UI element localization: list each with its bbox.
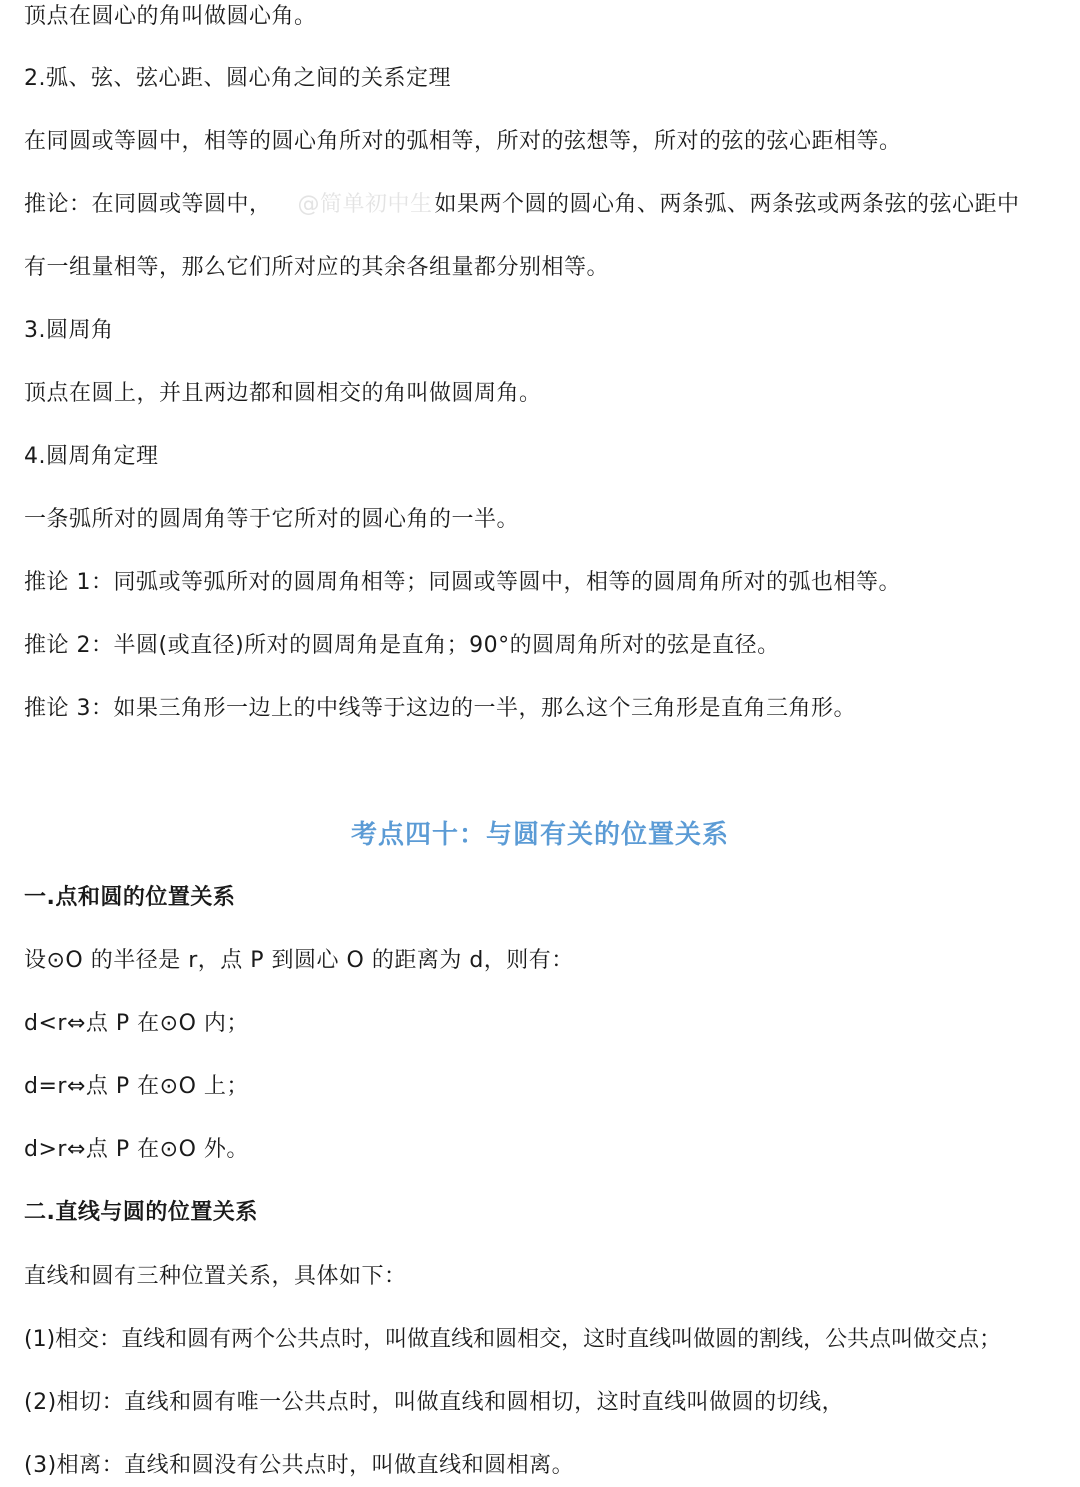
section-title: 考点四十：与圆有关的位置关系: [0, 818, 1080, 852]
part2-heading: 二.直线与圆的位置关系: [24, 1198, 258, 1228]
corollary-3: 推论 3：如果三角形一边上的中线等于这边的一半，那么这个三角形是直角三角形。: [24, 694, 856, 724]
text-line-with-watermark: 推论：在同圆或等圆中，@简单初中生如果两个圆的圆心角、两条弧、两条弦或两条弦的弦…: [24, 190, 1020, 220]
text-line: 设⊙O 的半径是 r，点 P 到圆心 O 的距离为 d，则有：: [24, 946, 574, 976]
text-segment: 推论：在同圆或等圆中，: [24, 192, 272, 217]
subheading-inscribed-angle: 3.圆周角: [24, 316, 114, 346]
subheading-chord-theorem: 2.弧、弦、弦心距、圆心角之间的关系定理: [24, 64, 451, 94]
text-segment: 如果两个圆的圆心角、两条弧、两条弦或两条弦的弦心距中: [435, 192, 1020, 217]
text-line: 顶点在圆上，并且两边都和圆相交的角叫做圆周角。: [24, 379, 542, 409]
case-intersect: (1)相交：直线和圆有两个公共点时，叫做直线和圆相交，这时直线叫做圆的割线，公共…: [24, 1325, 1001, 1355]
text-line: 有一组量相等，那么它们所对应的其余各组量都分别相等。: [24, 253, 609, 283]
text-line: 在同圆或等圆中，相等的圆心角所对的弧相等，所对的弦想等，所对的弦的弦心距相等。: [24, 127, 902, 157]
text-line: 直线和圆有三种位置关系，具体如下：: [24, 1262, 407, 1292]
text-line: 顶点在圆心的角叫做圆心角。: [24, 2, 317, 32]
corollary-2: 推论 2：半圆(或直径)所对的圆周角是直角；90°的圆周角所对的弦是直径。: [24, 631, 780, 661]
case-separate: (3)相离：直线和圆没有公共点时，叫做直线和圆相离。: [24, 1451, 574, 1481]
relation-on: d=r⇔点 P 在⊙O 上；: [24, 1072, 249, 1102]
text-line: 一条弧所对的圆周角等于它所对的圆心角的一半。: [24, 505, 519, 535]
part1-heading: 一.点和圆的位置关系: [24, 883, 235, 913]
subheading-inscribed-angle-theorem: 4.圆周角定理: [24, 442, 159, 472]
watermark: @简单初中生: [298, 192, 433, 217]
relation-outside: d>r⇔点 P 在⊙O 外。: [24, 1135, 249, 1165]
relation-inside: d<r⇔点 P 在⊙O 内；: [24, 1009, 249, 1039]
corollary-1: 推论 1：同弧或等弧所对的圆周角相等；同圆或等圆中，相等的圆周角所对的弧也相等。: [24, 568, 901, 598]
case-tangent: (2)相切：直线和圆有唯一公共点时，叫做直线和圆相切，这时直线叫做圆的切线，: [24, 1388, 844, 1418]
